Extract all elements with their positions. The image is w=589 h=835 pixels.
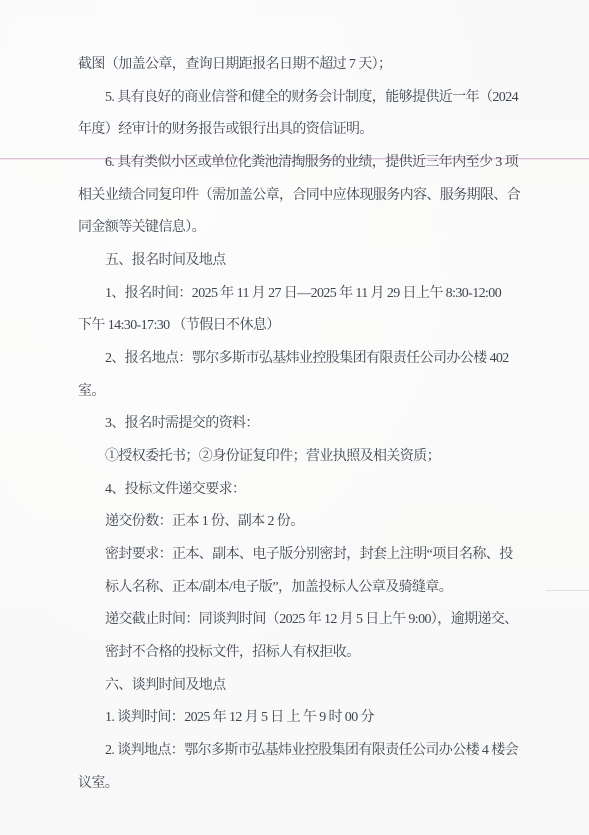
text-line-negotiation-time: 1. 谈判时间：2025 年 12 月 5 日 上 午 9 时 00 分 bbox=[78, 702, 519, 735]
text-line-deadline-2: 密封不合格的投标文件，招标人有权拒收。 bbox=[78, 637, 519, 670]
text-line-clause-6: 6. 具有类似小区或单位化粪池清掏服务的业绩，提供近三年内至少 3 项 bbox=[78, 147, 519, 180]
text-line: 下午 14:30-17:30 （节假日不休息） bbox=[78, 310, 519, 343]
text-line-submission-heading: 4、投标文件递交要求： bbox=[78, 474, 519, 507]
document-body: 截图（加盖公章，查询日期距报名日期不超过 7 天）； 5. 具有良好的商业信誉和… bbox=[78, 49, 519, 800]
section-heading-registration: 五、报名时间及地点 bbox=[78, 245, 519, 278]
text-line-materials-list: ①授权委托书；②身份证复印件；营业执照及相关资质； bbox=[78, 441, 519, 474]
text-line: 截图（加盖公章，查询日期距报名日期不超过 7 天）； bbox=[78, 49, 519, 82]
text-line-sealing-2: 标人名称、正本/副本/电子版”，加盖投标人公章及骑缝章。 bbox=[78, 572, 519, 605]
text-line: 相关业绩合同复印件（需加盖公章，合同中应体现服务内容、服务期限、合 bbox=[78, 180, 519, 213]
text-line: 室。 bbox=[78, 376, 519, 409]
text-line-sealing-1: 密封要求：正本、副本、电子版分别密封，封套上注明“项目名称、投 bbox=[78, 539, 519, 572]
scanned-document-page: 截图（加盖公章，查询日期距报名日期不超过 7 天）； 5. 具有良好的商业信誉和… bbox=[0, 0, 589, 835]
text-line: 同金额等关键信息）。 bbox=[78, 212, 519, 245]
text-line-copies: 递交份数：正本 1 份、副本 2 份。 bbox=[78, 506, 519, 539]
text-line-deadline-1: 递交截止时间：同谈判时间（2025 年 12 月 5 日上午 9:00），逾期递… bbox=[78, 604, 519, 637]
text-line-registration-place: 2、报名地点：鄂尔多斯市弘基炜业控股集团有限责任公司办公楼 402 bbox=[78, 343, 519, 376]
text-line-materials-heading: 3、报名时需提交的资料： bbox=[78, 408, 519, 441]
text-line-negotiation-place: 2. 谈判地点：鄂尔多斯市弘基炜业控股集团有限责任公司办公楼 4 楼会 bbox=[78, 735, 519, 768]
scan-artifact-streak bbox=[546, 590, 589, 591]
text-line: 议室。 bbox=[78, 768, 519, 801]
text-line-registration-time: 1、报名时间：2025 年 11 月 27 日—2025 年 11 月 29 日… bbox=[78, 278, 519, 311]
text-line-clause-5: 5. 具有良好的商业信誉和健全的财务会计制度，能够提供近一年（2024 bbox=[78, 82, 519, 115]
text-line: 年度）经审计的财务报告或银行出具的资信证明。 bbox=[78, 114, 519, 147]
section-heading-negotiation: 六、谈判时间及地点 bbox=[78, 670, 519, 703]
